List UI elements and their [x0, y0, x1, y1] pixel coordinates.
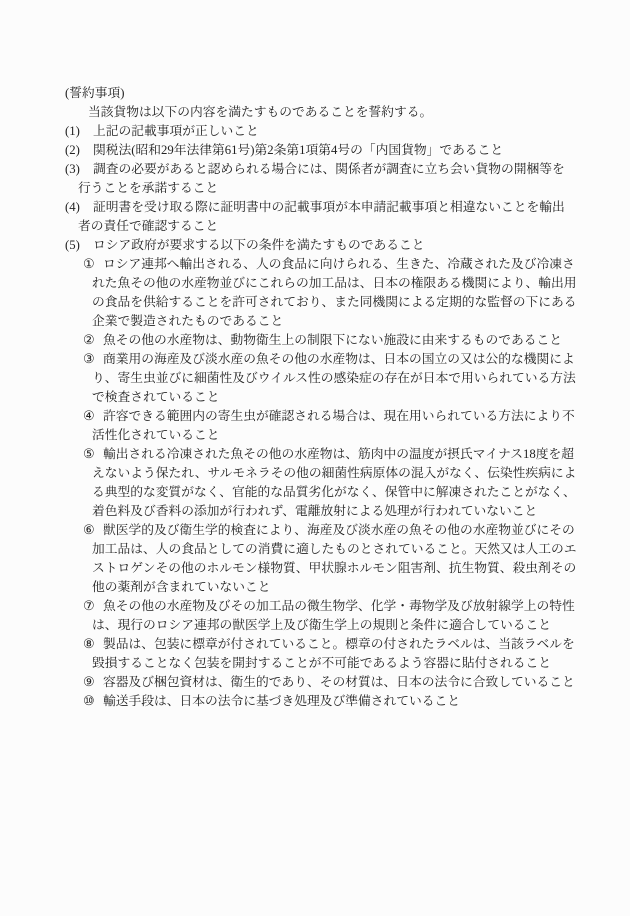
condition-item-6-text: 獣医学的及び衛生学的検査により、海産及び淡水産の魚その他の水産物並びにその加工品…	[92, 523, 577, 594]
condition-item-2-text: 魚その他の水産物は、動物衛生上の制限下にない施設に由来するものであること	[103, 333, 562, 347]
condition-item-3-marker: ③	[83, 350, 103, 369]
pledge-document-page: (誓約事項) 当該貨物は以下の内容を満たすものであることを誓約する。 (1)上記…	[0, 0, 630, 916]
condition-item-2-marker: ②	[83, 331, 103, 350]
condition-item-8: ⑧製品は、包装に標章が付されていること。標章の付されたラベルは、当該ラベルを毀損…	[92, 635, 577, 673]
condition-item-5: ⑤輸出される冷凍された魚その他の水産物は、筋肉中の温度が摂氏マイナス18度を超え…	[92, 445, 577, 521]
condition-item-10-text: 輸送手段は、日本の法令に基づき処理及び準備されていること	[103, 694, 460, 708]
pledge-item-5-marker: (5)	[65, 236, 93, 255]
russia-conditions-list: ①ロシア連邦へ輸出される、人の食品に向けられる、生きた、冷蔵された及び冷凍された…	[65, 255, 577, 711]
pledge-item-2-marker: (2)	[65, 141, 93, 160]
condition-item-5-text: 輸出される冷凍された魚その他の水産物は、筋肉中の温度が摂氏マイナス18度を超えな…	[92, 447, 576, 518]
condition-item-7-text: 魚その他の水産物及びその加工品の微生物学、化学・毒物学及び放射線学上の特性は、現…	[92, 599, 575, 632]
condition-item-8-text: 製品は、包装に標章が付されていること。標章の付されたラベルは、当該ラベルを毀損す…	[92, 637, 575, 670]
pledge-statement: 当該貨物は以下の内容を満たすものであることを誓約する。	[65, 103, 577, 122]
condition-item-1-text: ロシア連邦へ輸出される、人の食品に向けられる、生きた、冷蔵された及び冷凍された魚…	[92, 257, 577, 328]
condition-item-7-marker: ⑦	[83, 597, 103, 616]
condition-item-9: ⑨容器及び梱包資材は、衛生的であり、その材質は、日本の法令に合致していること	[92, 673, 577, 692]
condition-item-6-marker: ⑥	[83, 521, 103, 540]
pledge-item-3-text: 調査の必要があると認められる場合には、関係者が調査に立ち会い貨物の開梱等を行うこ…	[78, 162, 565, 195]
pledge-item-4: (4)証明書を受け取る際に証明書中の記載事項が本申請記載事項と相違ないことを輸出…	[78, 198, 577, 236]
condition-item-3-text: 商業用の海産及び淡水産の魚その他の水産物は、日本の国立の又は公的な機関により、寄…	[92, 352, 576, 404]
condition-item-10: ⑩輸送手段は、日本の法令に基づき処理及び準備されていること	[92, 692, 577, 711]
condition-item-9-text: 容器及び梱包資材は、衛生的であり、その材質は、日本の法令に合致していること	[103, 675, 575, 689]
pledge-item-3: (3)調査の必要があると認められる場合には、関係者が調査に立ち会い貨物の開梱等を…	[78, 160, 577, 198]
condition-item-1: ①ロシア連邦へ輸出される、人の食品に向けられる、生きた、冷蔵された及び冷凍された…	[92, 255, 577, 331]
condition-item-5-marker: ⑤	[83, 445, 103, 464]
document-body: (誓約事項) 当該貨物は以下の内容を満たすものであることを誓約する。 (1)上記…	[65, 84, 577, 711]
condition-item-10-marker: ⑩	[83, 692, 103, 711]
document-title: (誓約事項)	[65, 84, 577, 103]
condition-item-6: ⑥獣医学的及び衛生学的検査により、海産及び淡水産の魚その他の水産物並びにその加工…	[92, 521, 577, 597]
condition-item-1-marker: ①	[83, 255, 103, 274]
pledge-item-1-text: 上記の記載事項が正しいこと	[93, 124, 259, 138]
pledge-item-4-text: 証明書を受け取る際に証明書中の記載事項が本申請記載事項と相違ないことを輸出者の責…	[78, 200, 565, 233]
condition-item-9-marker: ⑨	[83, 673, 103, 692]
pledge-item-2-text: 関税法(昭和29年法律第61号)第2条第1項第4号の「内国貨物」であること	[93, 143, 503, 157]
condition-item-3: ③商業用の海産及び淡水産の魚その他の水産物は、日本の国立の又は公的な機関により、…	[92, 350, 577, 407]
pledge-item-5-text: ロシア政府が要求する以下の条件を満たすものであること	[93, 238, 425, 252]
pledge-item-4-marker: (4)	[65, 198, 93, 217]
condition-item-8-marker: ⑧	[83, 635, 103, 654]
condition-item-7: ⑦魚その他の水産物及びその加工品の微生物学、化学・毒物学及び放射線学上の特性は、…	[92, 597, 577, 635]
condition-item-4: ④許容できる範囲内の寄生虫が確認される場合は、現在用いられている方法により不活性…	[92, 407, 577, 445]
pledge-item-5: (5)ロシア政府が要求する以下の条件を満たすものであること	[78, 236, 577, 255]
pledge-item-2: (2)関税法(昭和29年法律第61号)第2条第1項第4号の「内国貨物」であること	[78, 141, 577, 160]
condition-item-2: ②魚その他の水産物は、動物衛生上の制限下にない施設に由来するものであること	[92, 331, 577, 350]
condition-item-4-marker: ④	[83, 407, 103, 426]
pledge-item-3-marker: (3)	[65, 160, 93, 179]
pledge-item-1-marker: (1)	[65, 122, 93, 141]
pledge-item-1: (1)上記の記載事項が正しいこと	[78, 122, 577, 141]
condition-item-4-text: 許容できる範囲内の寄生虫が確認される場合は、現在用いられている方法により不活性化…	[92, 409, 575, 442]
